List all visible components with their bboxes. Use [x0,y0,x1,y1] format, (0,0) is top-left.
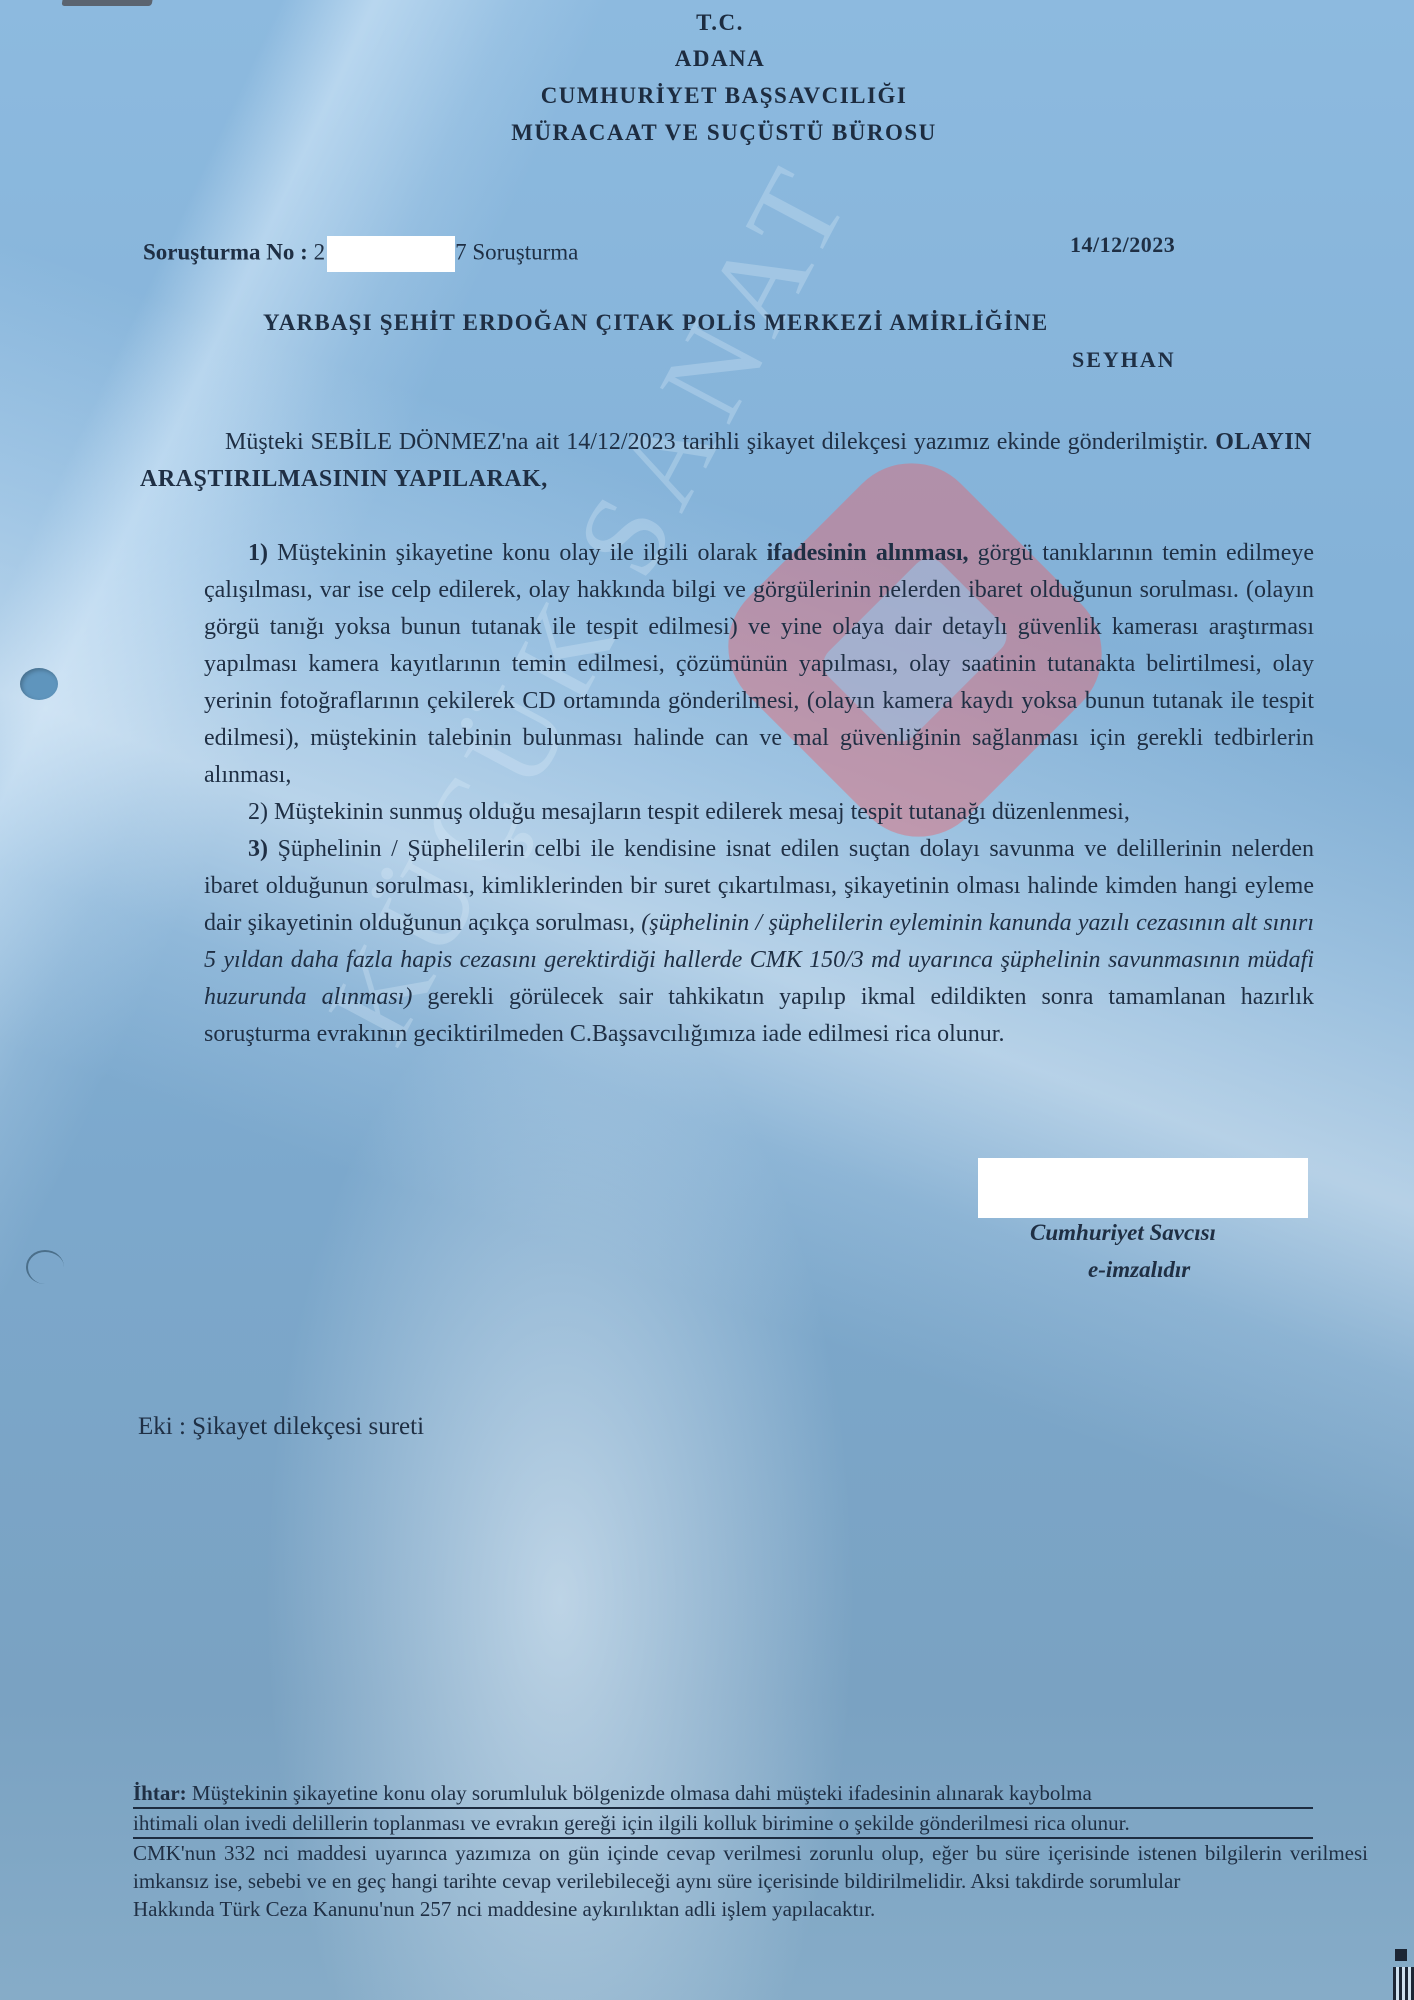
item-bold: ifadesinin alınması, [767,540,969,566]
item-text: Müştekinin sunmuş olduğu mesajların tesp… [268,799,1130,825]
redaction-box [327,236,455,272]
item-number: 3) [248,836,268,862]
signature-subtitle: e-imzalıdır [1088,1257,1190,1283]
paper-clip [61,0,152,6]
header-country: T.C. [13,10,1414,36]
punch-hole [20,668,58,700]
item-number: 2) [248,799,268,825]
reference-prefix: 2 [314,239,326,264]
recipient: YARBAŞI ŞEHİT ERDOĞAN ÇITAK POLİS MERKEZ… [263,310,1048,336]
warning-line-1: İhtar: Müştekinin şikayetine konu olay s… [133,1779,1313,1809]
qr-code-icon [1393,1947,1414,2000]
instruction-list: 1) Müştekinin şikayetine konu olay ile i… [204,535,1314,1053]
redaction-box [978,1158,1308,1218]
warning-body: CMK'nun 332 nci maddesi uyarınca yazımız… [133,1839,1368,1895]
warning-block: İhtar: Müştekinin şikayetine konu olay s… [133,1779,1363,1923]
reference-suffix: 7 Soruşturma [455,239,578,264]
reference-label: Soruşturma No : [143,239,308,264]
attachment-note: Eki : Şikayet dilekçesi sureti [138,1413,424,1441]
header-bureau: MÜRACAAT VE SUÇÜSTÜ BÜROSU [17,120,1414,146]
list-item: 1) Müştekinin şikayetine konu olay ile i… [204,535,1314,794]
warning-text: Müştekinin şikayetine konu olay sorumlul… [187,1781,1092,1805]
warning-line-2: ihtimali olan ivedi delillerin toplanmas… [133,1809,1313,1839]
warning-last-line: Hakkında Türk Ceza Kanunu'nun 257 nci ma… [133,1895,1368,1923]
header-city: ADANA [13,46,1414,72]
document-date: 14/12/2023 [1070,232,1175,258]
reference-number: Soruşturma No : 27 Soruşturma [143,236,578,272]
intro-text: Müşteki SEBİLE DÖNMEZ'na ait 14/12/2023 … [225,429,1215,455]
item-number: 1) [248,540,268,566]
signature-title: Cumhuriyet Savcısı [1030,1220,1216,1246]
item-text: Müştekinin şikayetine konu olay ile ilgi… [268,540,767,566]
list-item: 2) Müştekinin sunmuş olduğu mesajların t… [204,794,1314,831]
header-office: CUMHURİYET BAŞSAVCILIĞI [17,83,1414,109]
intro-paragraph: Müşteki SEBİLE DÖNMEZ'na ait 14/12/2023 … [140,424,1312,498]
item-text: görgü tanıklarının temin edilmeye çalışı… [204,540,1314,788]
recipient-city: SEYHAN [1072,347,1176,373]
punch-hole [26,1250,64,1284]
list-item: 3) Şüphelinin / Şüphelilerin celbi ile k… [204,831,1314,1053]
warning-label: İhtar: [133,1781,187,1805]
